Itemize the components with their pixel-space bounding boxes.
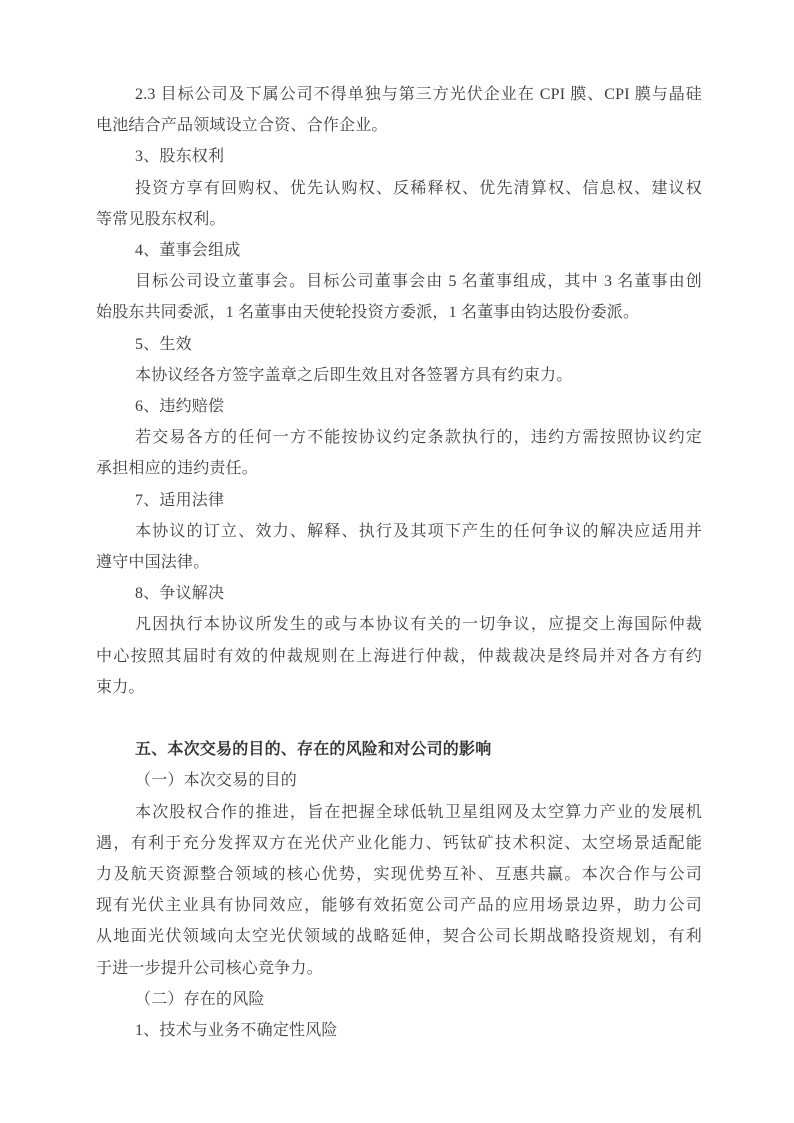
text-line: 现有光伏主业具有协同效应，能够有效拓宽公司产品的应用场景边界，助力公司 <box>96 890 702 921</box>
page-content: 2.3 目标公司及下属公司不得单独与第三方光伏企业在 CPI 膜、CPI 膜与晶… <box>96 79 702 1046</box>
text-line: 等常见股东权利。 <box>96 204 702 235</box>
text-line: （一）本次交易的目的 <box>96 765 702 796</box>
text-line: 目标公司设立董事会。目标公司董事会由 5 名董事组成，其中 3 名董事由创 <box>96 266 702 297</box>
text-line: 8、争议解决 <box>96 578 702 609</box>
text-line: 从地面光伏领域向太空光伏领域的战略延伸，契合公司长期战略投资规划，有利 <box>96 921 702 952</box>
document-page: 2.3 目标公司及下属公司不得单独与第三方光伏企业在 CPI 膜、CPI 膜与晶… <box>0 0 794 1123</box>
text-line: 中心按照其届时有效的仲裁规则在上海进行仲裁，仲裁裁决是终局并对各方有约 <box>96 641 702 672</box>
text-line: 电池结合产品领域设立合资、合作企业。 <box>96 110 702 141</box>
text-line: 始股东共同委派，1 名董事由天使轮投资方委派，1 名董事由钧达股份委派。 <box>96 297 702 328</box>
text-line: 3、股东权利 <box>96 141 702 172</box>
text-line: 于进一步提升公司核心竞争力。 <box>96 953 702 984</box>
text-line: 4、董事会组成 <box>96 235 702 266</box>
text-line: 力及航天资源整合领域的核心优势，实现优势互补、互惠共赢。本次合作与公司 <box>96 859 702 890</box>
text-line: 本协议的订立、效力、解释、执行及其项下产生的任何争议的解决应适用并 <box>96 516 702 547</box>
text-line: 凡因执行本协议所发生的或与本协议有关的一切争议，应提交上海国际仲裁 <box>96 609 702 640</box>
text-line: 遇，有利于充分发挥双方在光伏产业化能力、钙钛矿技术积淀、太空场景适配能 <box>96 828 702 859</box>
text-line: 7、适用法律 <box>96 485 702 516</box>
text-line: 承担相应的违约责任。 <box>96 453 702 484</box>
text-line: 2.3 目标公司及下属公司不得单独与第三方光伏企业在 CPI 膜、CPI 膜与晶… <box>96 79 702 110</box>
text-line: 本协议经各方签字盖章之后即生效且对各签署方具有约束力。 <box>96 360 702 391</box>
text-line: 投资方享有回购权、优先认购权、反稀释权、优先清算权、信息权、建议权 <box>96 173 702 204</box>
blank-line <box>96 703 702 734</box>
text-line: 5、生效 <box>96 329 702 360</box>
text-line: 束力。 <box>96 672 702 703</box>
text-line: 6、违约赔偿 <box>96 391 702 422</box>
text-line: 本次股权合作的推进，旨在把握全球低轨卫星组网及太空算力产业的发展机 <box>96 797 702 828</box>
section-heading-line: 五、本次交易的目的、存在的风险和对公司的影响 <box>96 734 702 765</box>
text-line: （二）存在的风险 <box>96 984 702 1015</box>
text-line: 遵守中国法律。 <box>96 547 702 578</box>
text-line: 1、技术与业务不确定性风险 <box>96 1015 702 1046</box>
text-line: 若交易各方的任何一方不能按协议约定条款执行的，违约方需按照协议约定 <box>96 422 702 453</box>
